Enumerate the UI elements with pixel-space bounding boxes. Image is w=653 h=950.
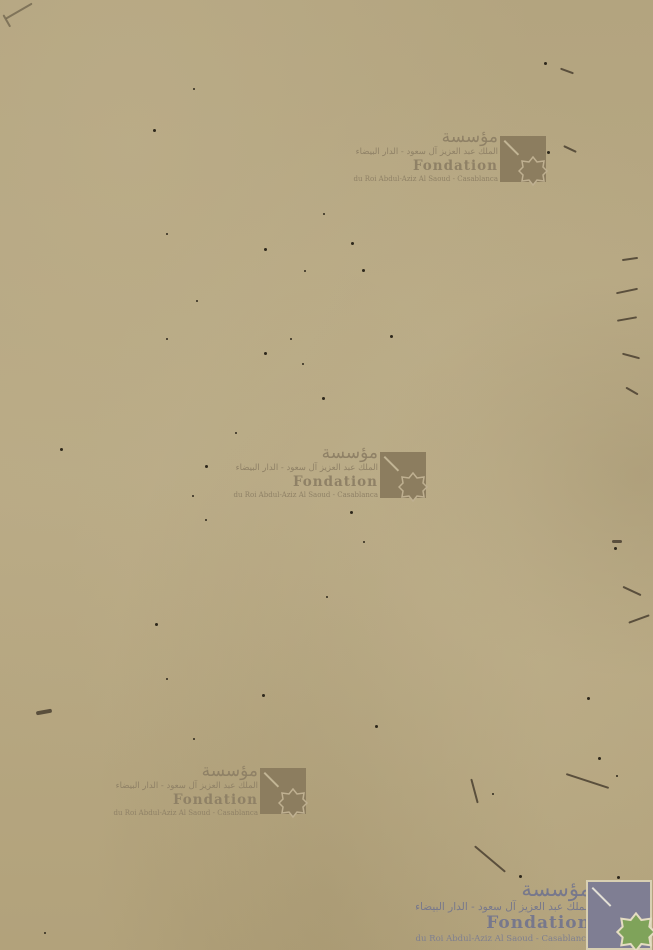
watermark-subtitle: du Roi Abdul-Aziz Al Saoud - Casablanca xyxy=(415,933,591,945)
watermark-arabic-subtitle: الملك عبد العزيز آل سعود - الدار البيضاء xyxy=(354,146,498,158)
ink-speck xyxy=(614,547,617,550)
watermark-3: مؤسسة الملك عبد العزيز آل سعود - الدار ا… xyxy=(80,762,310,822)
ink-speck xyxy=(155,623,158,626)
ink-speck xyxy=(193,88,195,90)
ink-speck xyxy=(362,269,365,272)
foundation-logo-icon xyxy=(380,452,428,500)
watermark-arabic-title: مؤسسة xyxy=(415,878,591,900)
ink-speck xyxy=(598,757,601,760)
watermark-subtitle: du Roi Abdul-Aziz Al Saoud - Casablanca xyxy=(234,490,378,500)
star-icon xyxy=(398,472,428,502)
ink-speck xyxy=(205,519,207,521)
ink-speck xyxy=(616,775,618,777)
ink-speck xyxy=(326,596,328,598)
ink-stroke xyxy=(622,257,638,261)
ink-speck xyxy=(264,352,267,355)
ink-speck xyxy=(166,338,168,340)
star-icon xyxy=(616,912,653,950)
ink-stroke xyxy=(623,586,642,596)
ink-speck xyxy=(587,697,590,700)
ink-speck xyxy=(196,300,198,302)
ink-stroke xyxy=(563,145,577,153)
watermark-title: Fondation xyxy=(354,158,498,174)
watermark-title: Fondation xyxy=(114,792,258,808)
watermark-4: مؤسسة الملك عبد العزيز آل سعود - الدار ا… xyxy=(385,876,653,950)
ink-speck xyxy=(166,233,168,235)
ink-speck xyxy=(44,932,46,934)
ink-stroke xyxy=(617,316,637,321)
watermark-arabic-title: مؤسسة xyxy=(114,762,258,780)
watermark-arabic-subtitle: الملك عبد العزيز آل سعود - الدار البيضاء xyxy=(114,780,258,792)
ink-stroke xyxy=(628,614,649,623)
watermark-arabic-title: مؤسسة xyxy=(234,444,378,462)
ink-speck xyxy=(390,335,393,338)
ink-speck xyxy=(322,397,325,400)
foundation-logo-icon xyxy=(260,768,308,816)
watermark-arabic-subtitle: الملك عبد العزيز آل سعود - الدار البيضاء xyxy=(415,900,591,914)
ink-stroke xyxy=(36,709,52,716)
ink-speck xyxy=(262,694,265,697)
ink-speck xyxy=(153,129,156,132)
ink-speck xyxy=(351,242,354,245)
ink-speck xyxy=(492,793,494,795)
ink-stroke xyxy=(470,779,478,804)
foundation-logo-icon xyxy=(500,136,548,184)
ink-speck xyxy=(304,270,306,272)
ink-stroke xyxy=(616,288,638,295)
foundation-logo-icon xyxy=(588,882,653,950)
ink-stroke xyxy=(625,387,638,396)
ink-stroke xyxy=(622,353,640,360)
ink-speck xyxy=(290,338,292,340)
ink-speck xyxy=(60,448,63,451)
watermark-arabic-subtitle: الملك عبد العزيز آل سعود - الدار البيضاء xyxy=(234,462,378,474)
ink-speck xyxy=(350,511,353,514)
ink-stroke xyxy=(6,3,33,19)
ink-speck xyxy=(264,248,267,251)
ink-speck xyxy=(193,738,195,740)
ink-speck xyxy=(235,432,237,434)
ink-speck xyxy=(375,725,378,728)
watermark-subtitle: du Roi Abdul-Aziz Al Saoud - Casablanca xyxy=(354,174,498,184)
manuscript-page: مؤسسة الملك عبد العزيز آل سعود - الدار ا… xyxy=(0,0,653,950)
watermark-1: مؤسسة الملك عبد العزيز آل سعود - الدار ا… xyxy=(310,128,550,188)
ink-stroke xyxy=(560,68,574,75)
watermark-arabic-title: مؤسسة xyxy=(354,128,498,146)
ink-speck xyxy=(544,62,547,65)
ink-stroke xyxy=(566,773,609,789)
ink-speck xyxy=(363,541,365,543)
star-icon xyxy=(518,156,548,186)
watermark-title: Fondation xyxy=(415,914,591,933)
ink-stroke xyxy=(612,540,622,543)
watermark-subtitle: du Roi Abdul-Aziz Al Saoud - Casablanca xyxy=(114,808,258,818)
watermark-2: مؤسسة الملك عبد العزيز آل سعود - الدار ا… xyxy=(190,444,430,504)
ink-speck xyxy=(323,213,325,215)
ink-stroke xyxy=(474,845,506,872)
watermark-title: Fondation xyxy=(234,474,378,490)
ink-speck xyxy=(302,363,304,365)
star-icon xyxy=(278,788,308,818)
ink-speck xyxy=(166,678,168,680)
